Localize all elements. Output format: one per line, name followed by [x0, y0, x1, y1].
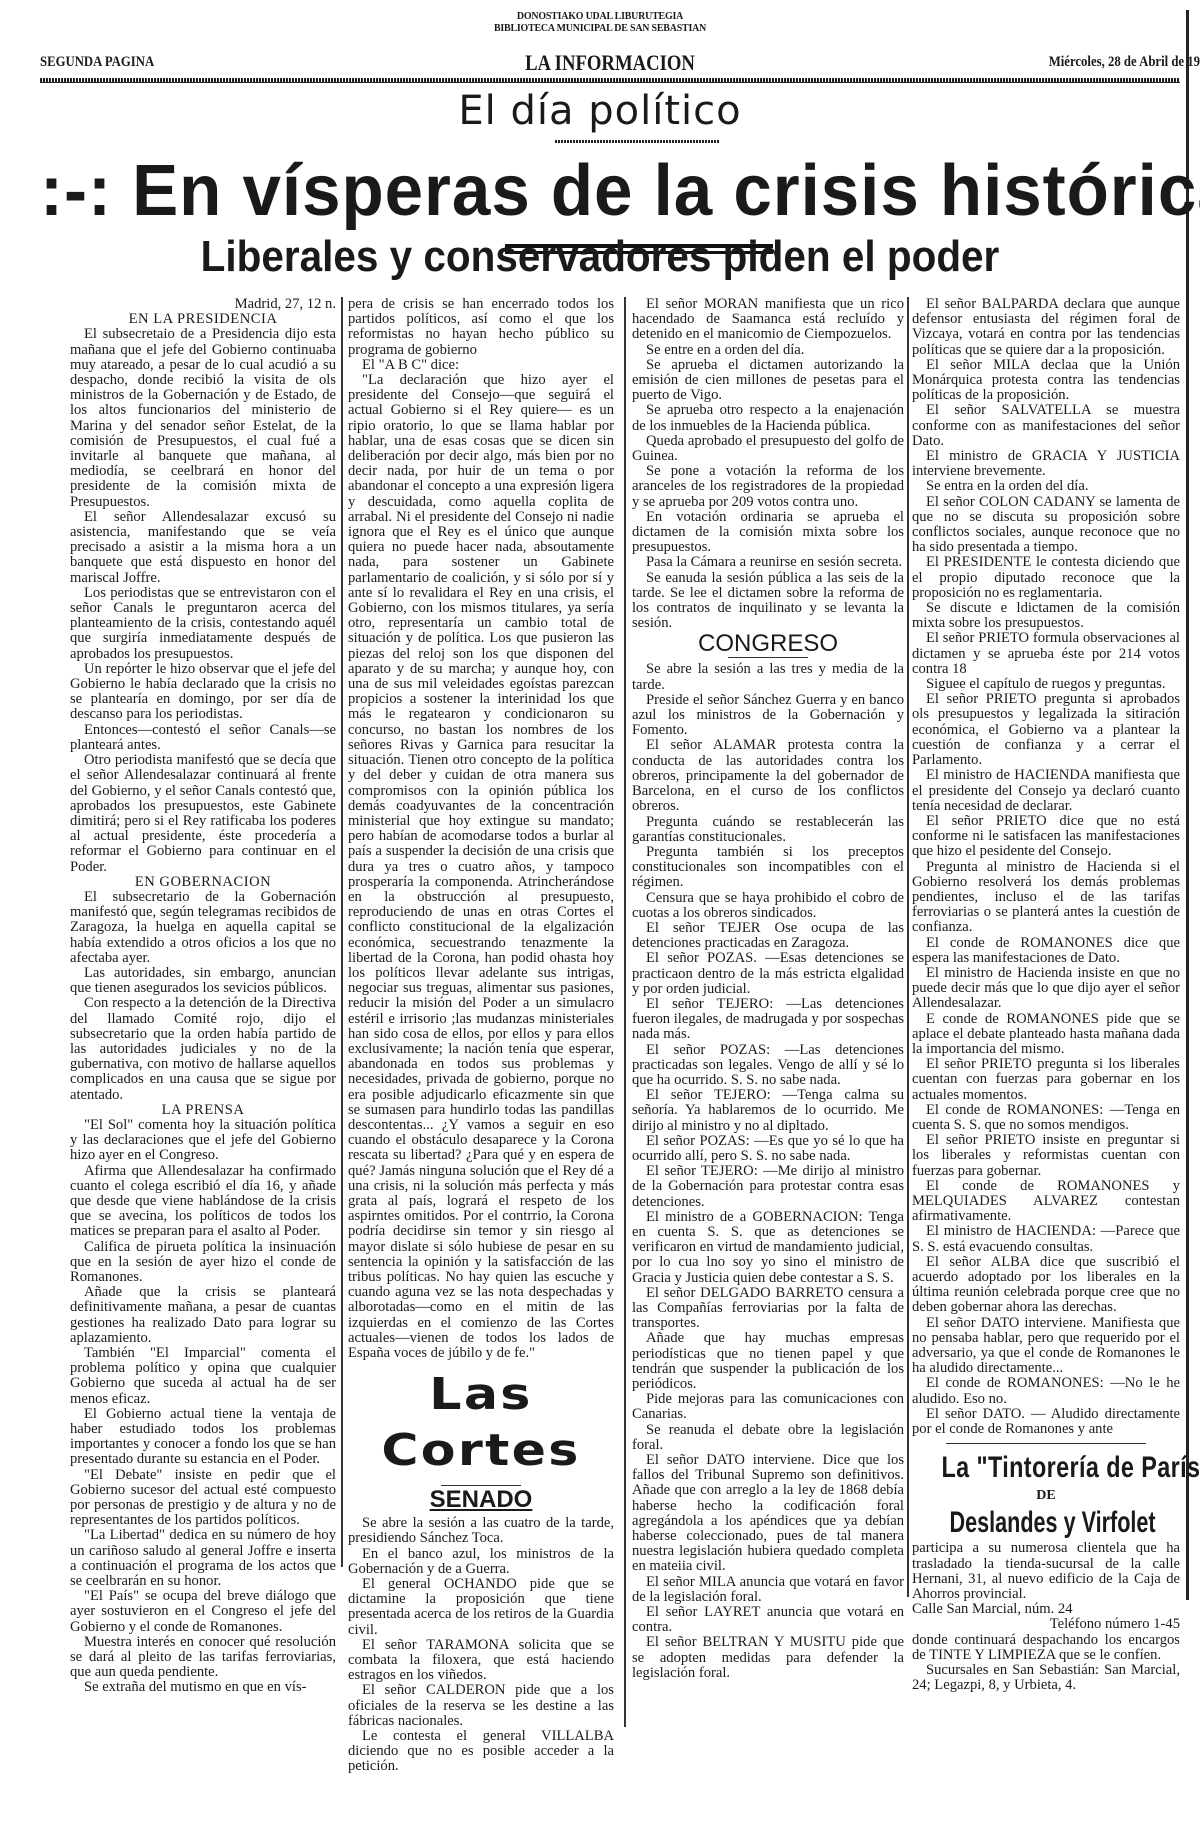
advertisement-address: Calle San Marcial, núm. 24 [912, 1602, 1180, 1617]
paragraph: Se eanuda la sesión pública a las seis d… [632, 571, 904, 632]
article-column-4: El señor BALPARDA declara que aunque def… [912, 297, 1180, 1693]
paragraph: En el banco azul, los ministros de la Go… [348, 1547, 614, 1577]
issue-date: Miércoles, 28 de Abril de 19 [1049, 54, 1200, 71]
paragraph: "El País" se ocupa del breve diálogo que… [70, 1589, 336, 1635]
paragraph: donde continuará despachando los encargo… [912, 1633, 1180, 1663]
dateline: Madrid, 27, 12 n. [70, 297, 336, 312]
paragraph: Le contesta el general VILLALBA diciendo… [348, 1729, 614, 1775]
paragraph: "La Libertad" dedica en su número de hoy… [70, 1528, 336, 1589]
paragraph: Pasa la Cámara a reunirse en sesión secr… [632, 555, 904, 570]
advertisement-telephone: Teléfono número 1-45 [912, 1617, 1180, 1632]
paragraph: El señor TEJERO: —Me dirijo al ministro … [632, 1164, 904, 1210]
advertisement-owners: Deslandes y Virfolet [950, 1505, 1143, 1541]
paragraph: El señor ALAMAR protesta contra la condu… [632, 738, 904, 814]
paragraph: El señor TEJERO: —Las detenciones fueron… [632, 997, 904, 1043]
paragraph: Censura que se haya prohibido el cobro d… [632, 891, 904, 921]
paragraph: El señor POZAS. —Esas detenciones se pra… [632, 951, 904, 997]
paragraph: El conde de ROMANONES dice que espera la… [912, 936, 1180, 966]
paragraph: El señor TEJERO: —Tenga calma su señoría… [632, 1088, 904, 1134]
paragraph: El señor Allendesalazar excusó su asiste… [70, 510, 336, 586]
section-rule [728, 657, 808, 658]
paragraph: El señor MILA anuncia que votará en favo… [632, 1575, 904, 1605]
section-heading: LA PRENSA [70, 1103, 336, 1118]
newspaper-name: LA INFORMACION [126, 50, 1095, 76]
senado-heading: SENADO [348, 1486, 614, 1514]
paragraph: También "El Imparcial" comenta el proble… [70, 1346, 336, 1407]
paragraph: Preside el señor Sánchez Guerra y en ban… [632, 693, 904, 739]
paragraph: Las autoridades, sin embargo, anuncian q… [70, 966, 336, 996]
paragraph: El señor MORAN manifiesta que un rico ha… [632, 297, 904, 343]
library-stamp-basque: DONOSTIAKO UDAL LIBURUTEGIA [60, 10, 1140, 22]
paragraph: El señor PRIETO formula observaciones al… [912, 631, 1180, 677]
column-rule [907, 297, 909, 1597]
paragraph: Con respecto a la detención de la Direct… [70, 996, 336, 1102]
paragraph: Pregunta al ministro de Hacienda si el G… [912, 860, 1180, 936]
paragraph: Se aprueba el dictamen autorizando la em… [632, 358, 904, 404]
paragraph: El ministro de GRACIA Y JUSTICIA intervi… [912, 449, 1180, 479]
paragraph: El conde de ROMANONES: —No le he aludido… [912, 1376, 1180, 1406]
paragraph: El señor POZAS: —Las detenciones practic… [632, 1043, 904, 1089]
paragraph: El señor CALDERON pide que a los oficial… [348, 1683, 614, 1729]
column-rule [624, 297, 626, 1727]
article-column-3: El señor MORAN manifiesta que un rico ha… [632, 297, 904, 1681]
paragraph: El señor LAYRET anuncia que votará en co… [632, 1605, 904, 1635]
paragraph: El Gobierno actual tiene la ventaja de h… [70, 1407, 336, 1468]
advertisement-rule [946, 1443, 1146, 1444]
paragraph: El ministro de HACIENDA manifiesta que e… [912, 768, 1180, 814]
paragraph: Siguee el capítulo de ruegos y preguntas… [912, 677, 1180, 692]
paragraph: Añade que la crisis se planteará definit… [70, 1285, 336, 1346]
advertisement-branches: Sucursales en San Sebastián: San Marcial… [912, 1663, 1180, 1693]
paragraph: Afirma que Allendesalazar ha confirmado … [70, 1164, 336, 1240]
paragraph: El ministro de a GOBERNACION: Tenga en c… [632, 1210, 904, 1286]
paragraph: "El Sol" comenta hoy la situación políti… [70, 1118, 336, 1164]
paragraph: El señor DATO interviene. Dice que los f… [632, 1453, 904, 1575]
paragraph: El señor DATO interviene. Manifiesta que… [912, 1316, 1180, 1377]
paragraph: Los periodistas que se entrevistaron con… [70, 586, 336, 662]
paragraph: Muestra interés en conocer qué resolució… [70, 1635, 336, 1681]
paragraph: El señor BELTRAN Y MUSITU pide que se ad… [632, 1635, 904, 1681]
paragraph: Se entre en a orden del día. [632, 343, 904, 358]
library-stamp: DONOSTIAKO UDAL LIBURUTEGIA BIBLIOTECA M… [60, 10, 1140, 34]
paragraph: El señor COLON CADANY se lamenta de que … [912, 495, 1180, 556]
subheadline: Liberales y conservadores piden el poder [48, 232, 1152, 282]
paragraph: El PRESIDENTE le contesta diciendo que e… [912, 555, 1180, 601]
masthead: SEGUNDA PAGINA LA INFORMACION Miércoles,… [40, 50, 1180, 74]
paragraph: Pregunta cuándo se restablecerán las gar… [632, 815, 904, 845]
paragraph: Se extraña del mutismo en que en vís- [70, 1680, 336, 1695]
paragraph: El señor ALBA dice que suscribió el acue… [912, 1255, 1180, 1316]
page-edge-rule [1186, 10, 1189, 1600]
paragraph: participa a su numerosa clientela que ha… [912, 1541, 1180, 1602]
paragraph: pera de crisis se han encerrado todos lo… [348, 297, 614, 358]
paragraph: En votación ordinaria se aprueba el dict… [632, 510, 904, 556]
paragraph: El señor MILA declaa que la Unión Monárq… [912, 358, 1180, 404]
cortes-section-title: Las Cortes [328, 1367, 634, 1479]
masthead-rule [40, 78, 1180, 83]
page-headline: :-: En vísperas de la crisis histórica :… [40, 150, 1154, 232]
article-column-1: Madrid, 27, 12 n. EN LA PRESIDENCIA El s… [70, 297, 336, 1696]
section-heading: EN LA PRESIDENCIA [70, 312, 336, 327]
paragraph: El conde de ROMANONES y MELQUIADES ALVAR… [912, 1179, 1180, 1225]
paragraph: El señor BALPARDA declara que aunque def… [912, 297, 1180, 358]
paragraph: Otro periodista manifestó que se decía q… [70, 753, 336, 875]
paragraph: "El Debate" insiste en pedir que el Gobi… [70, 1468, 336, 1529]
paragraph: Pide mejoras para las comunicaciones con… [632, 1392, 904, 1422]
paragraph: Se pone a votación la reforma de los ara… [632, 464, 904, 510]
paragraph: Califica de pirueta política la insinuac… [70, 1240, 336, 1286]
article-column-2: pera de crisis se han encerrado todos lo… [348, 297, 614, 1775]
paragraph: El "A B C" dice: [348, 358, 614, 373]
kicker-rule [555, 140, 720, 143]
paragraph: Queda aprobado el presupuesto del golfo … [632, 434, 904, 464]
advertisement-connector: DE [912, 1488, 1180, 1503]
paragraph: Se aprueba otro respecto a la enajenació… [632, 403, 904, 433]
paragraph: El subsecretaio de a Presidencia dijo es… [70, 327, 336, 509]
library-stamp-spanish: BIBLIOTECA MUNICIPAL DE SAN SEBASTIAN [60, 22, 1140, 34]
paragraph: Se abre la sesión a las tres y media de … [632, 662, 904, 692]
paragraph: Añade que hay muchas empresas periodísti… [632, 1331, 904, 1392]
paragraph: El ministro de Hacienda insiste en que n… [912, 966, 1180, 1012]
paragraph: Entonces—contestó el señor Canals—se pla… [70, 723, 336, 753]
paragraph: Se discute e ldictamen de la comisión mi… [912, 601, 1180, 631]
section-heading: EN GOBERNACION [70, 875, 336, 890]
paragraph: "La declaración que hizo ayer el preside… [348, 373, 614, 1361]
paragraph: El señor SALVATELLA se muestra conforme … [912, 403, 1180, 449]
paragraph: El conde de ROMANONES: —Tenga en cuenta … [912, 1103, 1180, 1133]
paragraph: El señor PRIETO dice que no está conform… [912, 814, 1180, 860]
paragraph: Pregunta también si los preceptos consti… [632, 845, 904, 891]
paragraph: El señor PRIETO pregunta si los liberale… [912, 1057, 1180, 1103]
paragraph: El general OCHANDO pide que se dictamine… [348, 1577, 614, 1638]
paragraph: E conde de ROMANONES pide que se aplace … [912, 1012, 1180, 1058]
paragraph: Se entra en la orden del día. [912, 479, 1180, 494]
paragraph: El señor PRIETO insiste en preguntar si … [912, 1133, 1180, 1179]
paragraph: El ministro de HACIENDA: —Parece que S. … [912, 1224, 1180, 1254]
paragraph: El señor TARAMONA solicita que se combat… [348, 1638, 614, 1684]
paragraph: El señor PRIETO pregunta si aprobados ol… [912, 692, 1180, 768]
paragraph: El señor TEJER Ose ocupa de las detencio… [632, 921, 904, 951]
paragraph: Se abre la sesión a las cuatro de la tar… [348, 1516, 614, 1546]
paragraph: El señor DELGADO BARRETO censura a las C… [632, 1286, 904, 1332]
paragraph: El señor DATO. — Aludido directamente po… [912, 1407, 1180, 1437]
paragraph: El subsecretario de la Gobernación manif… [70, 890, 336, 966]
advertisement-title: La "Tintorería de París" [941, 1450, 1150, 1486]
paragraph: Se reanuda el debate obre la legislación… [632, 1423, 904, 1453]
paragraph: Un repórter le hizo observar que el jefe… [70, 662, 336, 723]
congreso-heading: CONGRESO [632, 631, 904, 657]
advertisement: La "Tintorería de París" DE Deslandes y … [912, 1450, 1180, 1693]
section-kicker: El día político [0, 88, 1200, 134]
paragraph: El señor POZAS: —Es que yo sé lo que ha … [632, 1134, 904, 1164]
